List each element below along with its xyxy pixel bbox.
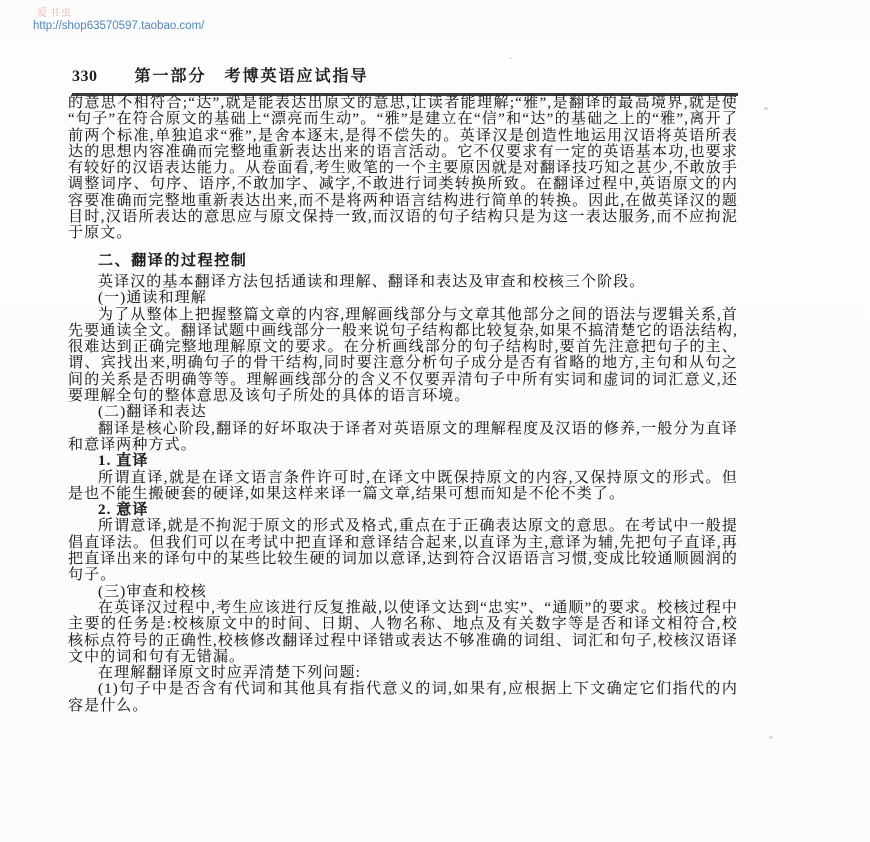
- scan-speck: [764, 107, 768, 110]
- watermark-shop-name: 爱书虫: [37, 8, 73, 19]
- numbered-subheading-2: 2. 意译: [68, 502, 738, 518]
- numbered-subheading-1: 1. 直译: [68, 453, 738, 469]
- section-heading: 二、翻译的过程控制: [68, 253, 738, 269]
- part-label: 第一部分: [135, 63, 207, 86]
- scan-speck: [509, 57, 512, 59]
- page-header: 330 第一部分 考博英语应试指导: [72, 63, 738, 96]
- subsection-heading-3: (三)审查和校核: [68, 584, 738, 600]
- paragraph: 在英译汉过程中,考生应该进行反复推敲,以使译文达到“忠实”、“通顺”的要求。校核…: [68, 600, 738, 665]
- paragraph: 在理解翻译原文时应弄清楚下列问题:: [68, 665, 738, 681]
- paragraph: (1)句子中是否含有代词和其他具有指代意义的词,如果有,应根据上下文确定它们指代…: [68, 681, 738, 714]
- scanned-book-page: 爱书虫 http://shop63570597.taobao.com/ 330 …: [0, 0, 870, 842]
- scan-speck: [769, 736, 773, 739]
- paragraph: 所谓直译,就是在译文语言条件许可时,在译文中既保持原文的内容,又保持原文的形式。…: [68, 470, 738, 503]
- subsection-heading-2: (二)翻译和表达: [68, 404, 738, 420]
- paragraph: 英译汉的基本翻译方法包括通读和理解、翻译和表达及审查和校核三个阶段。: [68, 274, 738, 290]
- paragraph: 为了从整体上把握整篇文章的内容,理解画线部分与文章其他部分之间的语法与逻辑关系,…: [68, 307, 738, 405]
- page-number: 330: [72, 68, 98, 86]
- paragraph: 所谓意译,就是不拘泥于原文的形式及格式,重点在于正确表达原文的意思。在考试中一般…: [68, 518, 738, 583]
- running-title: 考博英语应试指导: [225, 63, 369, 86]
- paragraph: 翻译是核心阶段,翻译的好坏取决于译者对英语原文的理解程度及汉语的修养,一般分为直…: [68, 421, 738, 454]
- watermark-shop-url: http://shop63570597.taobao.com/: [33, 20, 204, 32]
- page-body: 的意思不相符合;“达”,就是能表达出原文的意思,让读者能理解;“雅”,是翻译的最…: [68, 95, 738, 714]
- subsection-heading-1: (一)通读和理解: [68, 290, 738, 306]
- paragraph-continuation: 的意思不相符合;“达”,就是能表达出原文的意思,让读者能理解;“雅”,是翻译的最…: [68, 95, 738, 242]
